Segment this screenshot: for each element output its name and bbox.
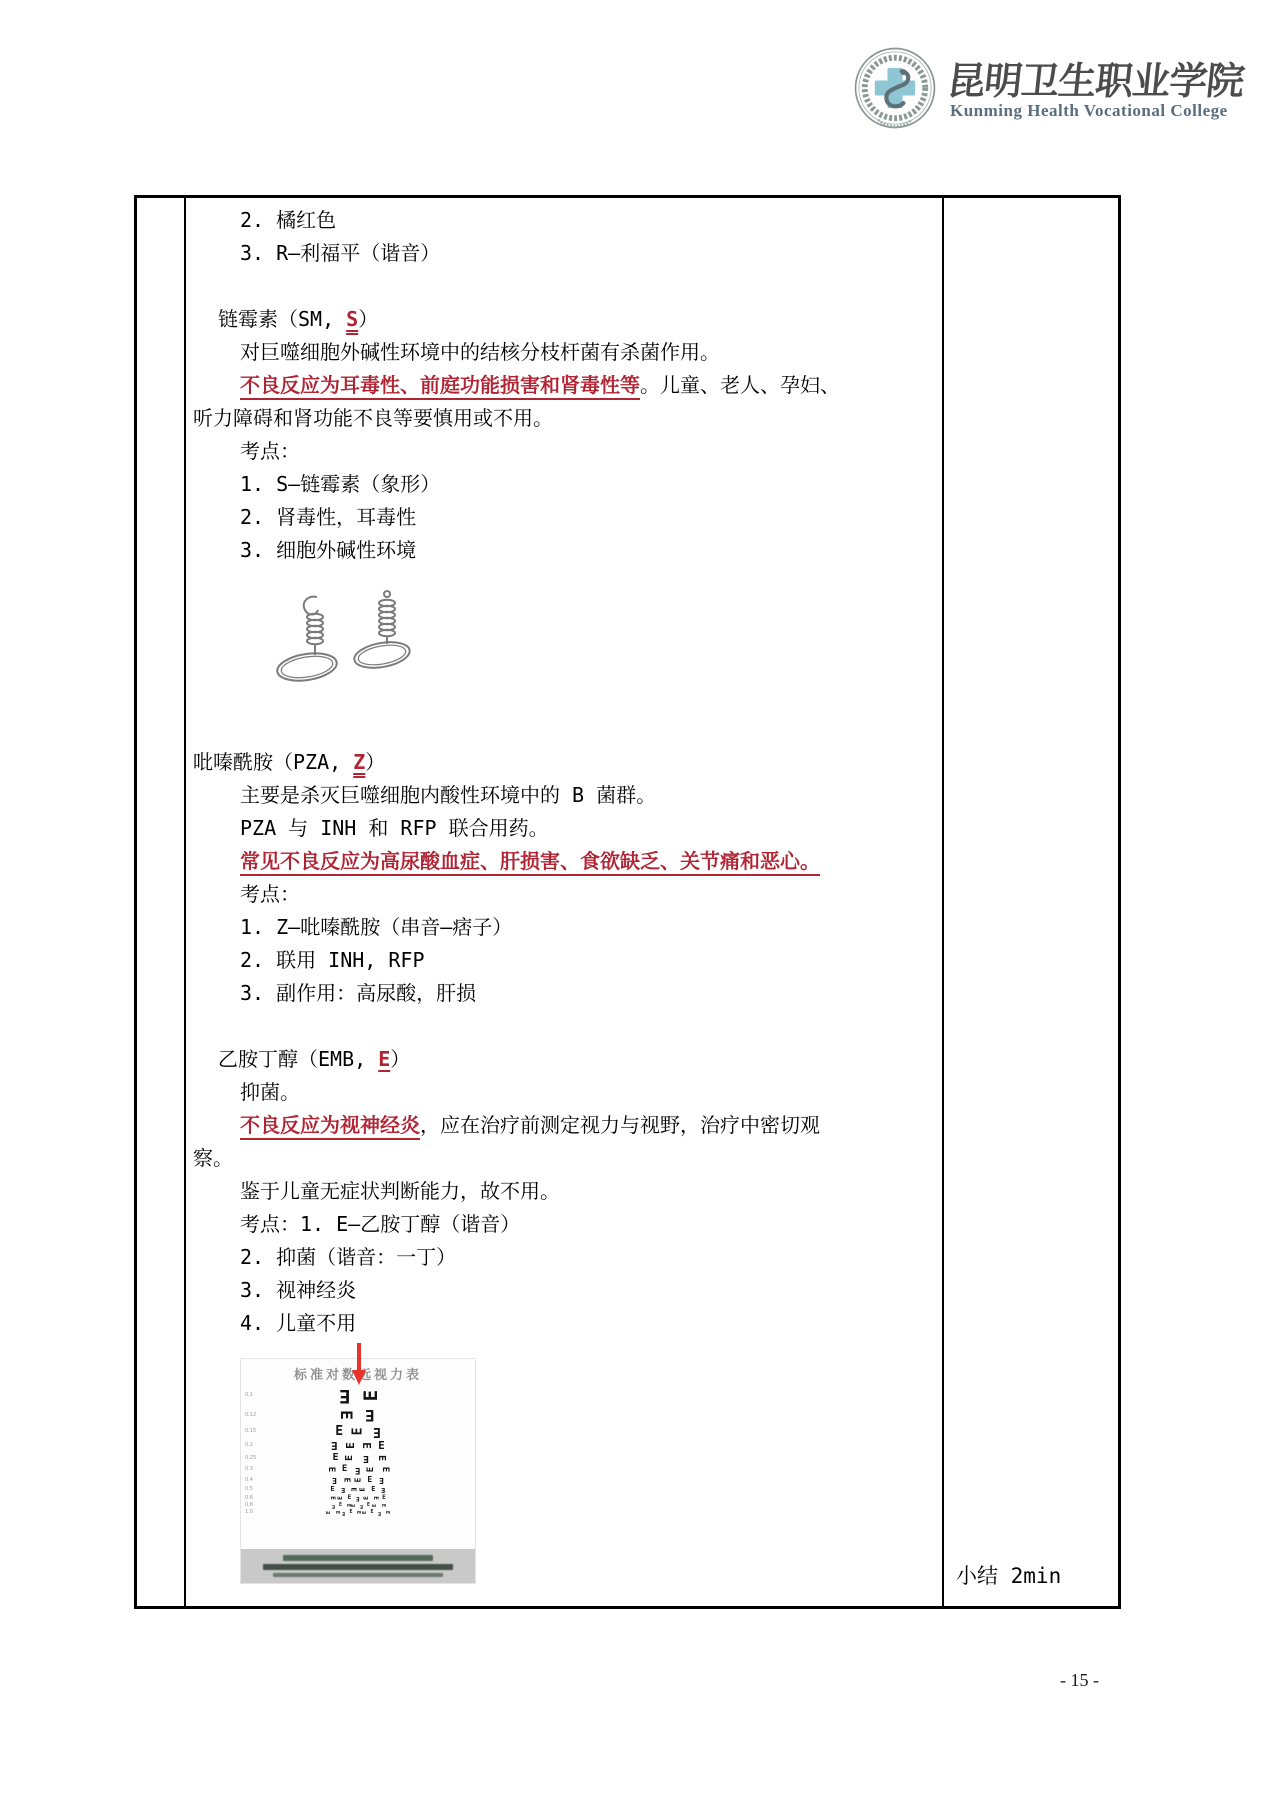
- optotype-e-glyph: E: [354, 1478, 362, 1483]
- optotype-e-glyph: E: [360, 1487, 367, 1491]
- text-line: 3. 细胞外碱性环境: [193, 534, 942, 567]
- optotype-e-glyph: E: [373, 1425, 381, 1438]
- adverse-reaction-highlight: 不良反应为耳毒性、前庭功能损害和肾毒性等: [240, 373, 640, 400]
- acuity-row-label: 0.2: [245, 1443, 253, 1448]
- text-line: 3. 副作用：高尿酸，肝损: [193, 977, 942, 1010]
- optotype-e-glyph: E: [367, 1476, 372, 1484]
- red-arrow-icon: [352, 1343, 366, 1385]
- blurred-text-bar: [283, 1555, 433, 1561]
- heading-text: 吡嗪酰胺（PZA,: [193, 750, 353, 774]
- adverse-reaction-highlight: 不良反应为视神经炎: [240, 1113, 420, 1140]
- drug-code-e: E: [378, 1047, 390, 1071]
- text-segment: 。儿童、老人、孕妇、: [640, 373, 840, 397]
- adverse-reaction-highlight: 常见不良反应为高尿酸血症、肝损害、食欲缺乏、关节痛和恶心。: [240, 849, 820, 876]
- table-left-column: [137, 198, 186, 1606]
- summary-time-note: 小结 2min: [956, 1560, 1114, 1590]
- optotype-e-glyph: E: [355, 1465, 360, 1474]
- text-line: 常见不良反应为高尿酸血症、肝损害、食欲缺乏、关节痛和恶心。: [193, 845, 942, 878]
- optotype-e-glyph: E: [378, 1510, 381, 1515]
- page-number: - 15 -: [1060, 1670, 1099, 1691]
- eye-chart-row: 0.5EEEEEE: [241, 1486, 475, 1493]
- optotype-e-glyph: E: [342, 1465, 347, 1474]
- optotype-e-glyph: E: [362, 1390, 381, 1401]
- blank-line: [193, 1010, 942, 1043]
- text-line: 3. R—利福平（谐音）: [193, 237, 942, 270]
- heading-text: 链霉素（SM,: [218, 307, 346, 331]
- acuity-row-label: 0.6: [245, 1496, 253, 1501]
- text-segment: ，应在治疗前测定视力与视野，治疗中密切观: [420, 1113, 820, 1137]
- acuity-row-label: 0.15: [245, 1429, 256, 1434]
- optotype-e-glyph: E: [335, 1425, 343, 1438]
- optotype-e-glyph: E: [363, 1453, 369, 1463]
- heading-text: 乙胺丁醇（EMB,: [218, 1047, 378, 1071]
- eye-chart-row: 0.12EE: [241, 1407, 475, 1423]
- optotype-e-glyph: E: [355, 1511, 360, 1514]
- optotype-e-glyph: E: [360, 1503, 363, 1508]
- acuity-row-label: 0.12: [245, 1413, 256, 1418]
- heading-text: ）: [365, 750, 385, 774]
- eye-chart-image: 标准对数远视力表 0.1EE0.12EE0.15EEE0.2EEEE0.25EE…: [240, 1358, 476, 1584]
- drug-code-z: Z: [353, 750, 365, 774]
- optotype-e-glyph: E: [352, 1504, 357, 1507]
- optotype-e-glyph: E: [380, 1467, 389, 1472]
- college-seal-logo: [853, 46, 937, 130]
- eye-chart-row: 1.0EEEEEEEEE: [241, 1510, 475, 1515]
- optotype-e-glyph: E: [345, 1455, 355, 1461]
- optotype-e-glyph: E: [339, 1503, 342, 1508]
- optotype-e-glyph: E: [363, 1511, 368, 1514]
- text-line: 察。: [193, 1142, 942, 1175]
- optotype-e-glyph: E: [338, 1496, 344, 1500]
- text-line: 4. 儿童不用: [193, 1307, 942, 1340]
- acuity-row-label: 0.1: [245, 1393, 253, 1398]
- optotype-e-glyph: E: [367, 1467, 376, 1472]
- optotype-e-glyph: E: [342, 1510, 345, 1515]
- drug-heading-ethambutol: 乙胺丁醇（EMB, E）: [193, 1043, 942, 1076]
- acuity-row-label: 0.3: [245, 1467, 253, 1472]
- optotype-e-glyph: E: [341, 1486, 345, 1493]
- text-line: 不良反应为耳毒性、前庭功能损害和肾毒性等。儿童、老人、孕妇、: [193, 369, 942, 402]
- optotype-e-glyph: E: [345, 1442, 356, 1449]
- earrings-illustration: [245, 589, 445, 724]
- optotype-e-glyph: E: [378, 1440, 385, 1451]
- optotype-e-glyph: E: [373, 1504, 378, 1507]
- optotype-e-glyph: E: [356, 1495, 360, 1501]
- text-line: 不良反应为视神经炎，应在治疗前测定视力与视野，治疗中密切观: [193, 1109, 942, 1142]
- college-name-chinese: 昆明卫生职业学院: [945, 50, 1250, 102]
- text-line: 考点：: [193, 435, 942, 468]
- optotype-e-glyph: E: [379, 1476, 384, 1484]
- eye-chart-rows: 0.1EE0.12EE0.15EEE0.2EEEE0.25EEEE0.3EEEE…: [241, 1384, 475, 1515]
- eye-chart-row: 0.15EEE: [241, 1425, 475, 1438]
- text-line: 2. 联用 INH, RFP: [193, 944, 942, 977]
- optotype-e-glyph: E: [334, 1511, 339, 1514]
- heading-text: ）: [358, 307, 378, 331]
- text-line: PZA 与 INH 和 RFP 联合用药。: [193, 812, 942, 845]
- blurred-text-bar: [273, 1573, 443, 1577]
- eye-chart-footer: [241, 1549, 475, 1583]
- optotype-e-glyph: E: [327, 1511, 332, 1514]
- optotype-e-glyph: E: [339, 1386, 350, 1405]
- optotype-e-glyph: E: [372, 1496, 378, 1500]
- text-line: 1. Z—吡嗪酰胺（串音—痞子）: [193, 911, 942, 944]
- optotype-e-glyph: E: [330, 1486, 334, 1493]
- text-line: 1. S—链霉素（象形）: [193, 468, 942, 501]
- acuity-row-label: 0.8: [245, 1503, 253, 1508]
- text-line: 3. 视神经炎: [193, 1274, 942, 1307]
- optotype-e-glyph: E: [371, 1486, 375, 1493]
- eye-chart-row: 0.3EEEEE: [241, 1465, 475, 1474]
- optotype-e-glyph: E: [384, 1511, 389, 1514]
- optotype-e-glyph: E: [349, 1510, 352, 1515]
- optotype-e-glyph: E: [381, 1486, 385, 1493]
- eye-chart-row: 0.1EE: [241, 1386, 475, 1405]
- text-line: 鉴于儿童无症状判断能力，故不用。: [193, 1175, 942, 1208]
- eye-chart-row: 0.2EEEE: [241, 1440, 475, 1451]
- optotype-e-glyph: E: [327, 1467, 336, 1472]
- table-note-column: 小结 2min: [944, 198, 1118, 1606]
- eye-chart-row: 0.4EEEEE: [241, 1476, 475, 1484]
- optotype-e-glyph: E: [345, 1504, 350, 1507]
- optotype-e-glyph: E: [364, 1496, 370, 1500]
- optotype-e-glyph: E: [342, 1478, 350, 1483]
- eye-chart-row: 0.25EEEE: [241, 1453, 475, 1463]
- text-line: 2. 橘红色: [193, 204, 942, 237]
- optotype-e-glyph: E: [331, 1440, 338, 1451]
- earrings-image-block: [193, 567, 942, 746]
- optotype-e-glyph: E: [360, 1442, 371, 1449]
- optotype-e-glyph: E: [332, 1503, 335, 1508]
- acuity-row-label: 0.5: [245, 1487, 253, 1492]
- table-content-column: 2. 橘红色 3. R—利福平（谐音） 链霉素（SM, S） 对巨噬细胞外碱性环…: [186, 198, 944, 1606]
- document-page: 昆明卫生职业学院 Kunming Health Vocational Colle…: [0, 0, 1274, 1801]
- acuity-row-label: 1.0: [245, 1510, 253, 1515]
- drug-heading-streptomycin: 链霉素（SM, S）: [193, 303, 942, 336]
- eye-chart-row: 0.6EEEEEEE: [241, 1495, 475, 1501]
- optotype-e-glyph: E: [380, 1504, 385, 1507]
- text-line: 听力障碍和肾功能不良等要慎用或不用。: [193, 402, 942, 435]
- optotype-e-glyph: E: [365, 1407, 375, 1423]
- optotype-e-glyph: E: [338, 1410, 354, 1420]
- optotype-e-glyph: E: [371, 1510, 374, 1515]
- optotype-e-glyph: E: [376, 1455, 386, 1461]
- optotype-e-glyph: E: [332, 1476, 337, 1484]
- text-line: 主要是杀灭巨噬细胞内酸性环境中的 B 菌群。: [193, 779, 942, 812]
- acuity-row-label: 0.4: [245, 1478, 253, 1483]
- optotype-e-glyph: E: [382, 1495, 386, 1501]
- drug-code-s: S: [346, 307, 358, 331]
- text-line: 2. 抑菌（谐音：一丁）: [193, 1241, 942, 1274]
- blurred-text-bar: [263, 1564, 453, 1570]
- text-line: 考点：1. E—乙胺丁醇（谐音）: [193, 1208, 942, 1241]
- heading-text: ）: [390, 1047, 410, 1071]
- optotype-e-glyph: E: [329, 1496, 335, 1500]
- optotype-e-glyph: E: [349, 1487, 356, 1491]
- optotype-e-glyph: E: [348, 1495, 352, 1501]
- eye-chart-row: 0.8EEEEEEEE: [241, 1503, 475, 1508]
- blank-line: [193, 270, 942, 303]
- text-line: 对巨噬细胞外碱性环境中的结核分枝杆菌有杀菌作用。: [193, 336, 942, 369]
- acuity-row-label: 0.25: [245, 1456, 256, 1461]
- drug-heading-pyrazinamide: 吡嗪酰胺（PZA, Z）: [193, 746, 942, 779]
- college-name-english: Kunming Health Vocational College: [950, 101, 1228, 121]
- text-line: 抑菌。: [193, 1076, 942, 1109]
- lesson-plan-table: 2. 橘红色 3. R—利福平（谐音） 链霉素（SM, S） 对巨噬细胞外碱性环…: [134, 195, 1121, 1609]
- text-line: 考点：: [193, 878, 942, 911]
- optotype-e-glyph: E: [332, 1453, 338, 1463]
- optotype-e-glyph: E: [351, 1428, 364, 1436]
- optotype-e-glyph: E: [367, 1503, 370, 1508]
- text-line: 2. 肾毒性，耳毒性: [193, 501, 942, 534]
